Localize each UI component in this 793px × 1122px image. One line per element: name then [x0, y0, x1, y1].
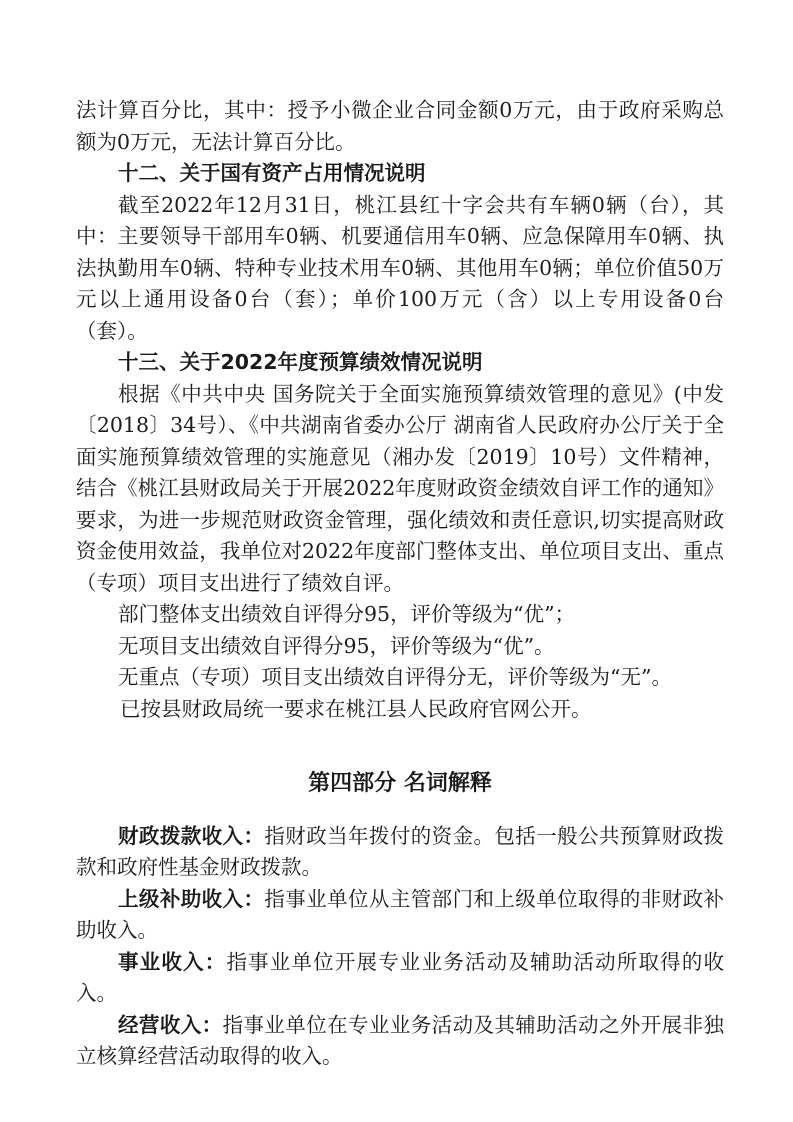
section-12-body: 截至2022年12月31日，桃江县红十字会共有车辆0辆（台），其中：主要领导干部… — [76, 190, 724, 348]
term-definition: 事业收入：指事业单位开展专业业务活动及辅助活动所取得的收入。 — [76, 947, 724, 1010]
term-label: 事业收入： — [118, 950, 226, 974]
term-label: 财政拨款收入： — [118, 824, 264, 848]
evaluation-result-department: 部门整体支出绩效自评得分95，评价等级为“优”； — [76, 599, 724, 631]
term-definition: 经营收入：指事业单位在专业业务活动及其辅助活动之外开展非独立核算经营活动取得的收… — [76, 1010, 724, 1073]
document-page: 法计算百分比，其中：授予小微企业合同金额0万元，由于政府采购总额为0万元，无法计… — [76, 95, 724, 1073]
part-4-title: 第四部分 名词解释 — [76, 768, 724, 800]
term-label: 经营收入： — [118, 1013, 223, 1037]
term-definition: 上级补助收入：指事业单位从主管部门和上级单位取得的非财政补助收入。 — [76, 884, 724, 947]
lead-paragraph: 法计算百分比，其中：授予小微企业合同金额0万元，由于政府采购总额为0万元，无法计… — [76, 95, 724, 158]
term-label: 上级补助收入： — [118, 887, 264, 911]
section-12-heading: 十二、关于国有资产占用情况说明 — [76, 158, 724, 190]
term-definition: 财政拨款收入：指财政当年拨付的资金。包括一般公共预算财政拨款和政府性基金财政拨款… — [76, 821, 724, 884]
publication-note: 已按县财政局统一要求在桃江县人民政府官网公开。 — [76, 694, 724, 726]
evaluation-result-project: 无项目支出绩效自评得分95，评价等级为“优”。 — [76, 631, 724, 663]
section-13-heading: 十三、关于2022年度预算绩效情况说明 — [76, 347, 724, 379]
evaluation-result-key-project: 无重点（专项）项目支出绩效自评得分无，评价等级为“无”。 — [76, 662, 724, 694]
section-13-body: 根据《中共中央 国务院关于全面实施预算绩效管理的意见》(中发〔2018〕34号）… — [76, 379, 724, 600]
